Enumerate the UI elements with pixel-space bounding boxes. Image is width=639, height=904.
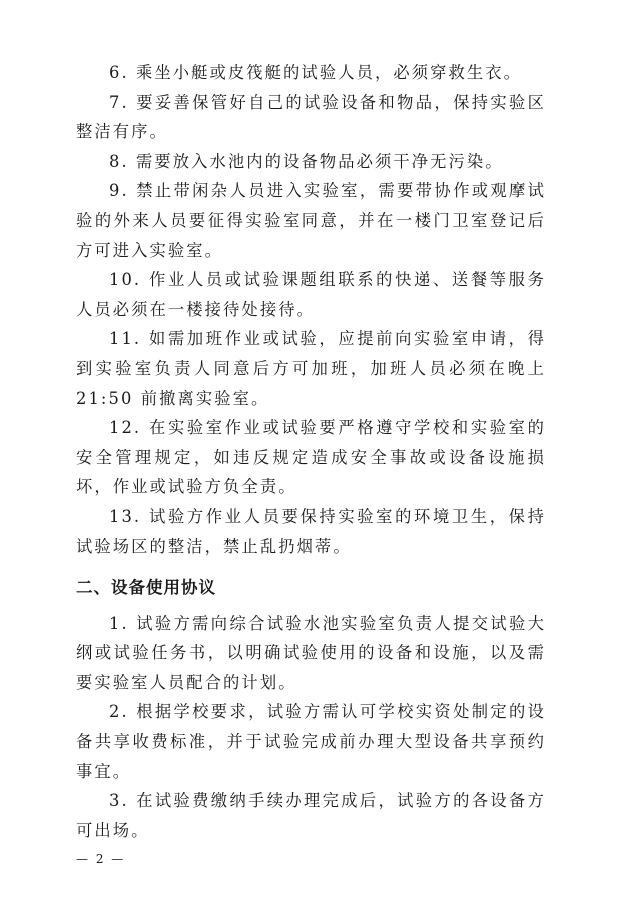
page-number: — 2 — <box>76 852 125 866</box>
agreement-item-1: 1. 试验方需向综合试验水池实验室负责人提交试验大纲或试验任务书，以明确试验使用… <box>76 609 546 698</box>
section-heading: 二、设备使用协议 <box>76 573 546 603</box>
paragraph-item-6: 6. 乘坐小艇或皮筏艇的试验人员，必须穿救生衣。 <box>76 58 546 88</box>
agreement-item-2: 2. 根据学校要求，试验方需认可学校实资处制定的设备共享收费标准，并于试验完成前… <box>76 697 546 786</box>
paragraph-item-13: 13. 试验方作业人员要保持实验室的环境卫生，保持试验场区的整洁，禁止乱扔烟蒂。 <box>76 502 546 561</box>
paragraph-item-9: 9. 禁止带闲杂人员进入实验室，需要带协作或观摩试验的外来人员要征得实验室同意，… <box>76 176 546 265</box>
paragraph-item-12: 12. 在实验室作业或试验要严格遵守学校和实验室的安全管理规定，如违反规定造成安… <box>76 413 546 502</box>
paragraph-item-10: 10. 作业人员或试验课题组联系的快递、送餐等服务人员必须在一楼接待处接待。 <box>76 265 546 324</box>
paragraph-item-11: 11. 如需加班作业或试验，应提前向实验室申请，得到实验室负责人同意后方可加班，… <box>76 324 546 413</box>
paragraph-item-8: 8. 需要放入水池内的设备物品必须干净无污染。 <box>76 147 546 177</box>
agreement-item-3: 3. 在试验费缴纳手续办理完成后，试验方的各设备方可出场。 <box>76 786 546 845</box>
document-page: 6. 乘坐小艇或皮筏艇的试验人员，必须穿救生衣。 7. 要妥善保管好自己的试验设… <box>76 58 546 845</box>
paragraph-item-7: 7. 要妥善保管好自己的试验设备和物品，保持实验区整洁有序。 <box>76 88 546 147</box>
